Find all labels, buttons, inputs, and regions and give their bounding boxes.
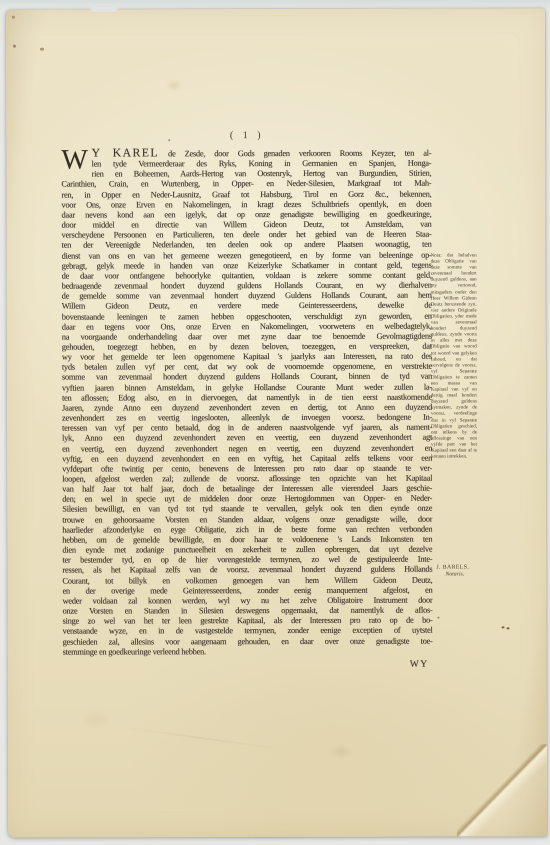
paper-stain xyxy=(328,744,354,760)
paper-stain xyxy=(166,79,182,91)
text-line: bovenstaande leeningen te zamen hebben o… xyxy=(62,311,432,322)
text-line: Willem Gideon Deutz, en verdere mede Gei… xyxy=(62,301,432,312)
text-line: daar en tegens voor Ons, onze Erven en N… xyxy=(62,321,432,332)
first-line-rest: de Zesde, door Gods genaden verkooren Ro… xyxy=(168,149,431,159)
page-number: ( 1 ) xyxy=(61,130,431,142)
margin-note: Nota: dat behalven deze Obligatie van de… xyxy=(431,253,478,460)
text-line: vyftien jaaren binnen Amsteldam, in gely… xyxy=(62,382,432,393)
dropcap-initial: W xyxy=(61,149,91,170)
ink-speck xyxy=(502,626,505,628)
paper-crease xyxy=(118,726,287,751)
text-line: geschieden zal, allesins voor aangenaam … xyxy=(63,636,433,647)
paper-stain xyxy=(78,709,112,729)
text-line: Carinthien, Crain, en Wurtenberg, in Opp… xyxy=(61,179,431,190)
text-line: ressen, als het Kapitaal zelfs van de vo… xyxy=(62,565,432,576)
text-line: lyk, Anno een duyzend zevenhondert zeven… xyxy=(62,433,432,444)
text-line: ten der Vereenigde Nederlanden, ten deel… xyxy=(62,240,432,251)
notary-signature: J. BARELS. Notaris. xyxy=(436,564,469,577)
text-line: Courant, tot billyk en volkomen genoegen… xyxy=(62,575,432,586)
text-line: dienst van ons en van het gemeene weezen… xyxy=(62,250,432,261)
text-line: trouwe en gehoorsaame Vorsten en Standen… xyxy=(62,514,432,525)
body-text-block: W Y KAREL de Zesde, door Gods genaden ve… xyxy=(61,149,432,671)
text-line: stemminge en goedkeuringe verleend hebbe… xyxy=(63,646,433,657)
ink-speck xyxy=(40,48,44,51)
paper-edge-notch xyxy=(90,7,118,12)
catchword: WY xyxy=(63,659,433,670)
ink-speck xyxy=(438,617,440,619)
ink-speck xyxy=(13,45,16,48)
text-line: en veertig, een duyzend zevenhondert neg… xyxy=(62,443,432,454)
lead-caps: Y KAREL xyxy=(91,145,158,159)
text-line: ren, in Opper en Neder-Lausnitz, Graaf t… xyxy=(61,189,431,200)
text-line: venstaande wyze, en in de vastgestelde t… xyxy=(63,626,433,637)
folded-corner xyxy=(457,744,547,836)
text-lines: len tyde Vermeerderaar des Ryks, Koning … xyxy=(61,159,432,647)
document-page: ( 1 ) W Y KAREL de Zesde, door Gods gena… xyxy=(6,8,547,837)
ink-speck xyxy=(507,627,510,629)
text-line: somme van zevenmaal hondert duyzend guld… xyxy=(62,372,432,383)
ink-speck xyxy=(12,16,15,19)
notary-title: Notaris. xyxy=(445,571,469,578)
text-line: Silesien bewilligt, en van tyd tot tyd s… xyxy=(62,504,432,515)
notary-name: J. BARELS. xyxy=(436,564,469,571)
